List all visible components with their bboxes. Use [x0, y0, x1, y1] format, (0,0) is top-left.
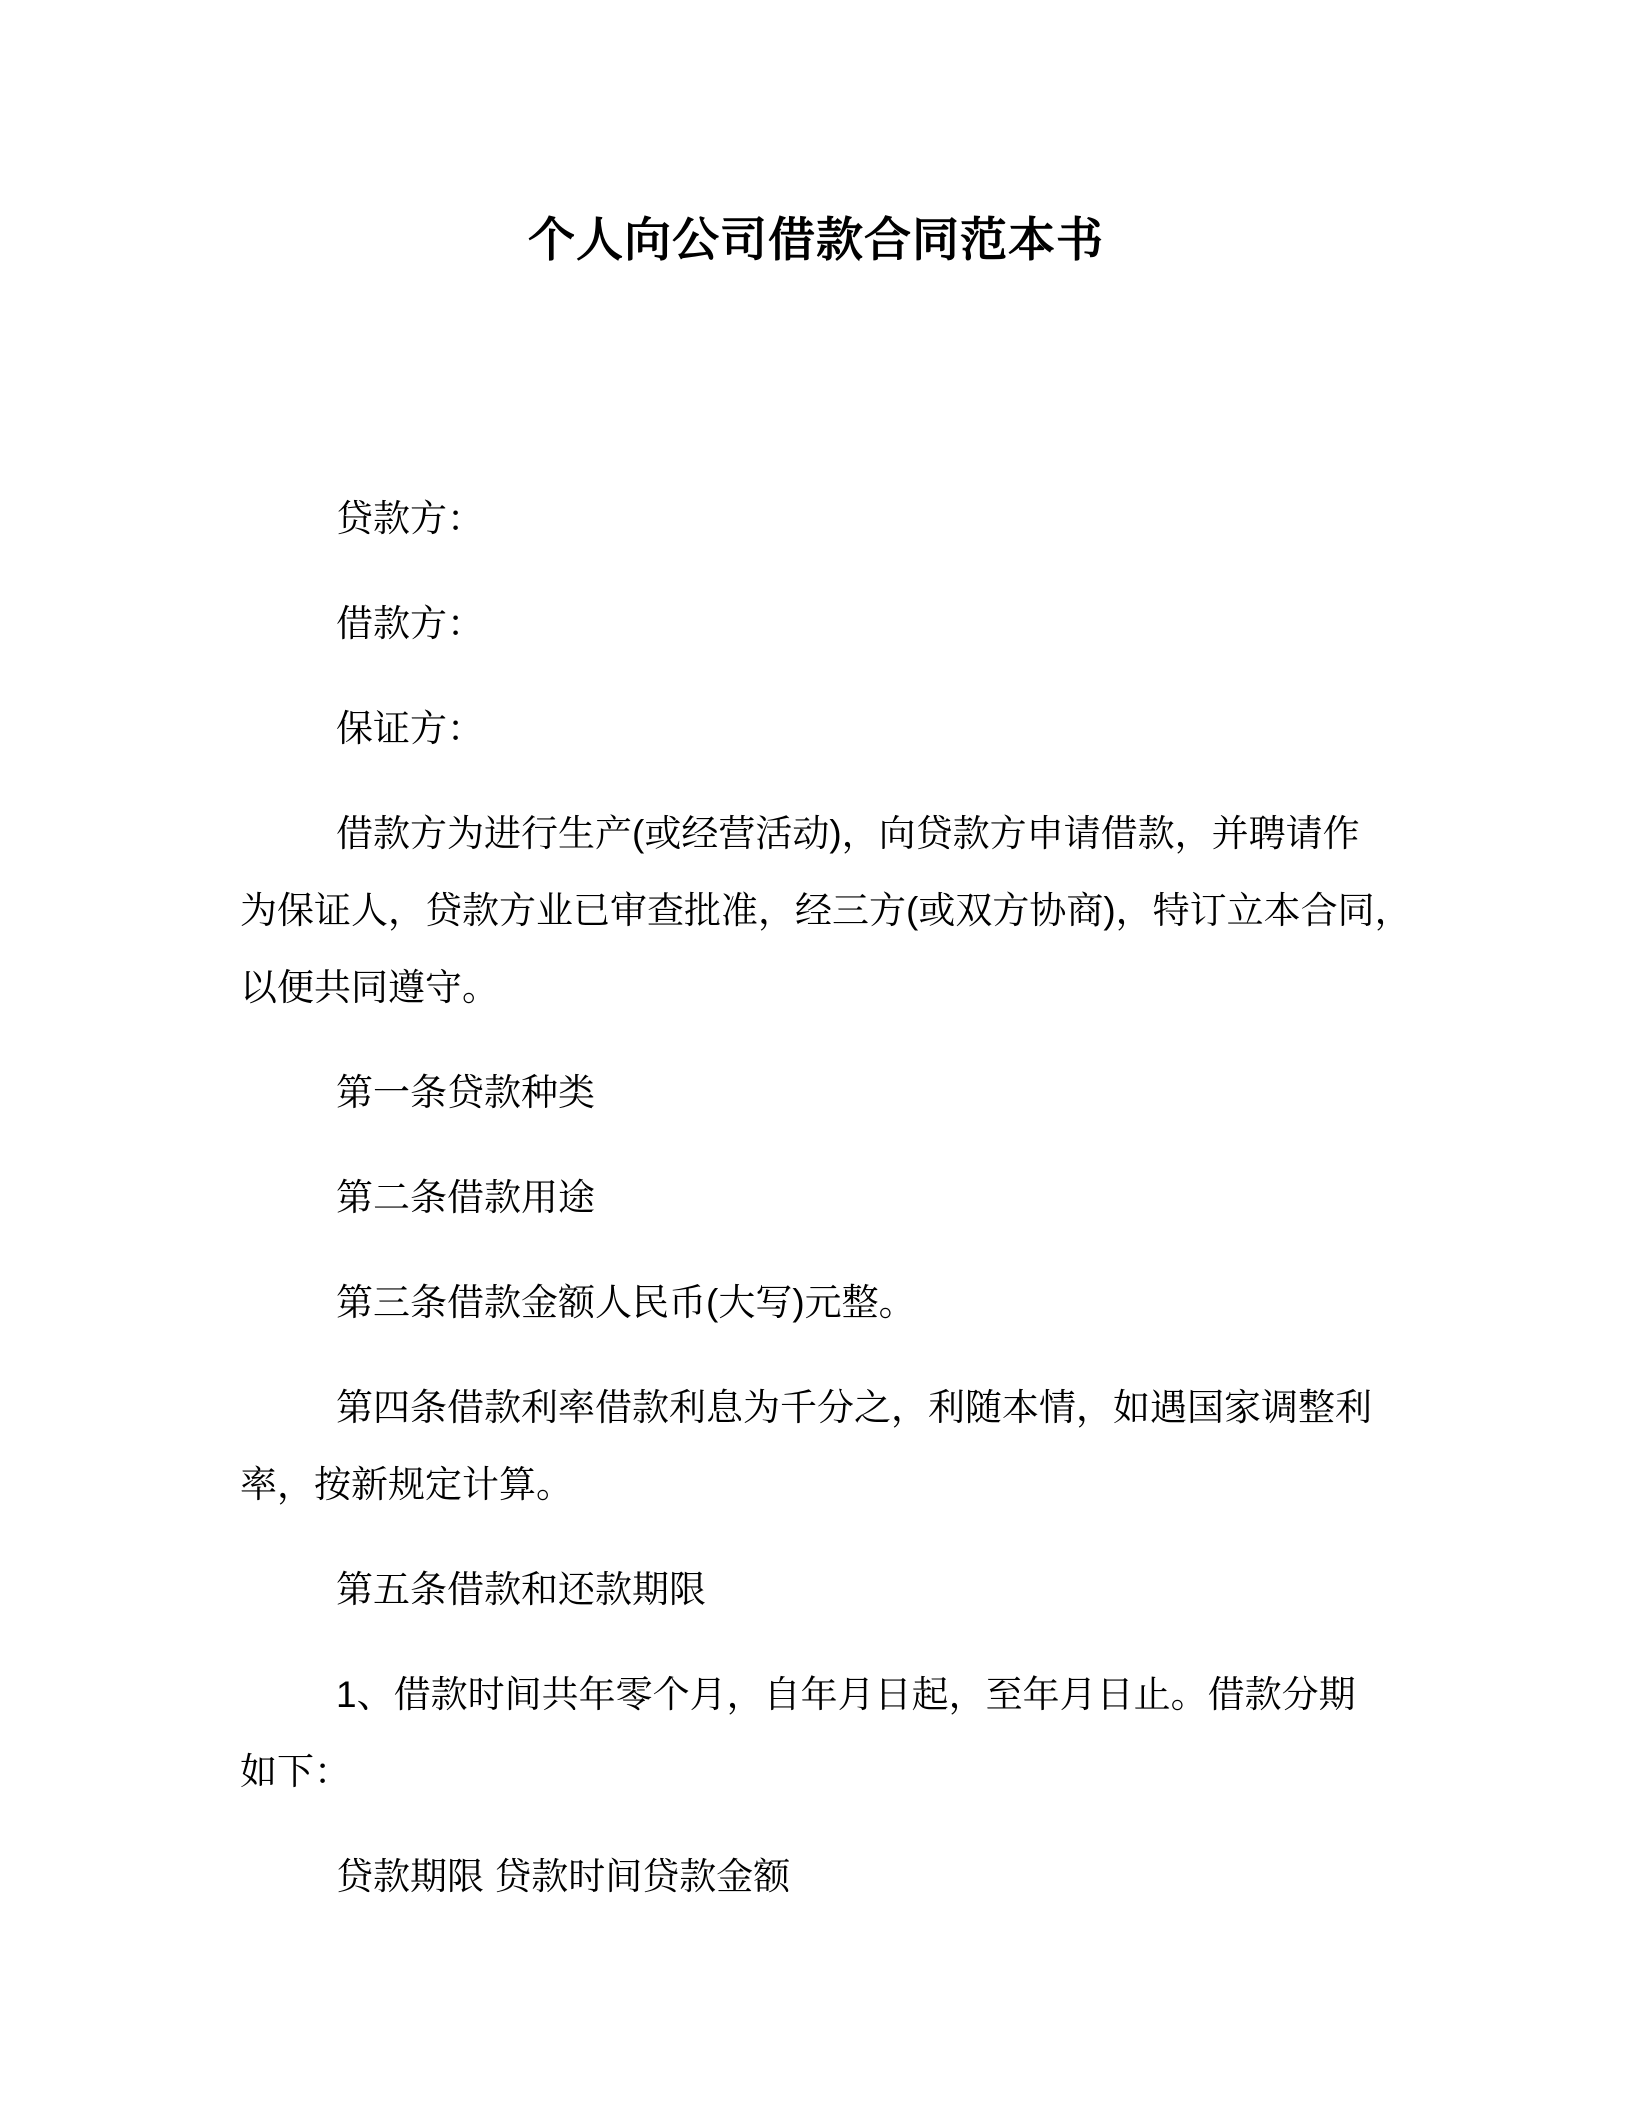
document-body: 贷款方： 借款方： 保证方： 借款方为进行生产(或经营活动)，向贷款方申请借款，… — [240, 480, 1422, 1915]
preamble-paragraph: 借款方为进行生产(或经营活动)，向贷款方申请借款，并聘请作 为保证人，贷款方业已… — [240, 795, 1422, 1026]
document-title: 个人向公司借款合同范本书 — [0, 208, 1632, 272]
item-1-line-2: 如下： — [240, 1733, 1422, 1810]
schedule-header-line: 贷款期限 贷款时间贷款金额 — [240, 1838, 1422, 1915]
preamble-line-1: 借款方为进行生产(或经营活动)，向贷款方申请借款，并聘请作 — [240, 795, 1422, 872]
clause-4-line-1: 第四条借款利率借款利息为千分之，利随本情，如遇国家调整利 — [240, 1369, 1422, 1446]
clause-4-interest-rate: 第四条借款利率借款利息为千分之，利随本情，如遇国家调整利 率，按新规定计算。 — [240, 1369, 1422, 1523]
lender-line: 贷款方： — [240, 480, 1422, 557]
clause-3-loan-amount: 第三条借款金额人民币(大写)元整。 — [240, 1264, 1422, 1341]
borrower-line: 借款方： — [240, 585, 1422, 662]
item-1-loan-period: 1、借款时间共年零个月，自年月日起，至年月日止。借款分期 如下： — [240, 1656, 1422, 1810]
preamble-line-2: 为保证人，贷款方业已审查批准，经三方(或双方协商)，特订立本合同， — [240, 872, 1422, 949]
item-1-line-1: 1、借款时间共年零个月，自年月日起，至年月日止。借款分期 — [240, 1656, 1422, 1733]
guarantor-line: 保证方： — [240, 690, 1422, 767]
clause-1-loan-type: 第一条贷款种类 — [240, 1054, 1422, 1131]
clause-2-loan-purpose: 第二条借款用途 — [240, 1159, 1422, 1236]
contract-document-page: 个人向公司借款合同范本书 贷款方： 借款方： 保证方： 借款方为进行生产(或经营… — [0, 0, 1632, 2112]
clause-4-line-2: 率，按新规定计算。 — [240, 1446, 1422, 1523]
preamble-line-3: 以便共同遵守。 — [240, 949, 1422, 1026]
clause-5-loan-term: 第五条借款和还款期限 — [240, 1551, 1422, 1628]
